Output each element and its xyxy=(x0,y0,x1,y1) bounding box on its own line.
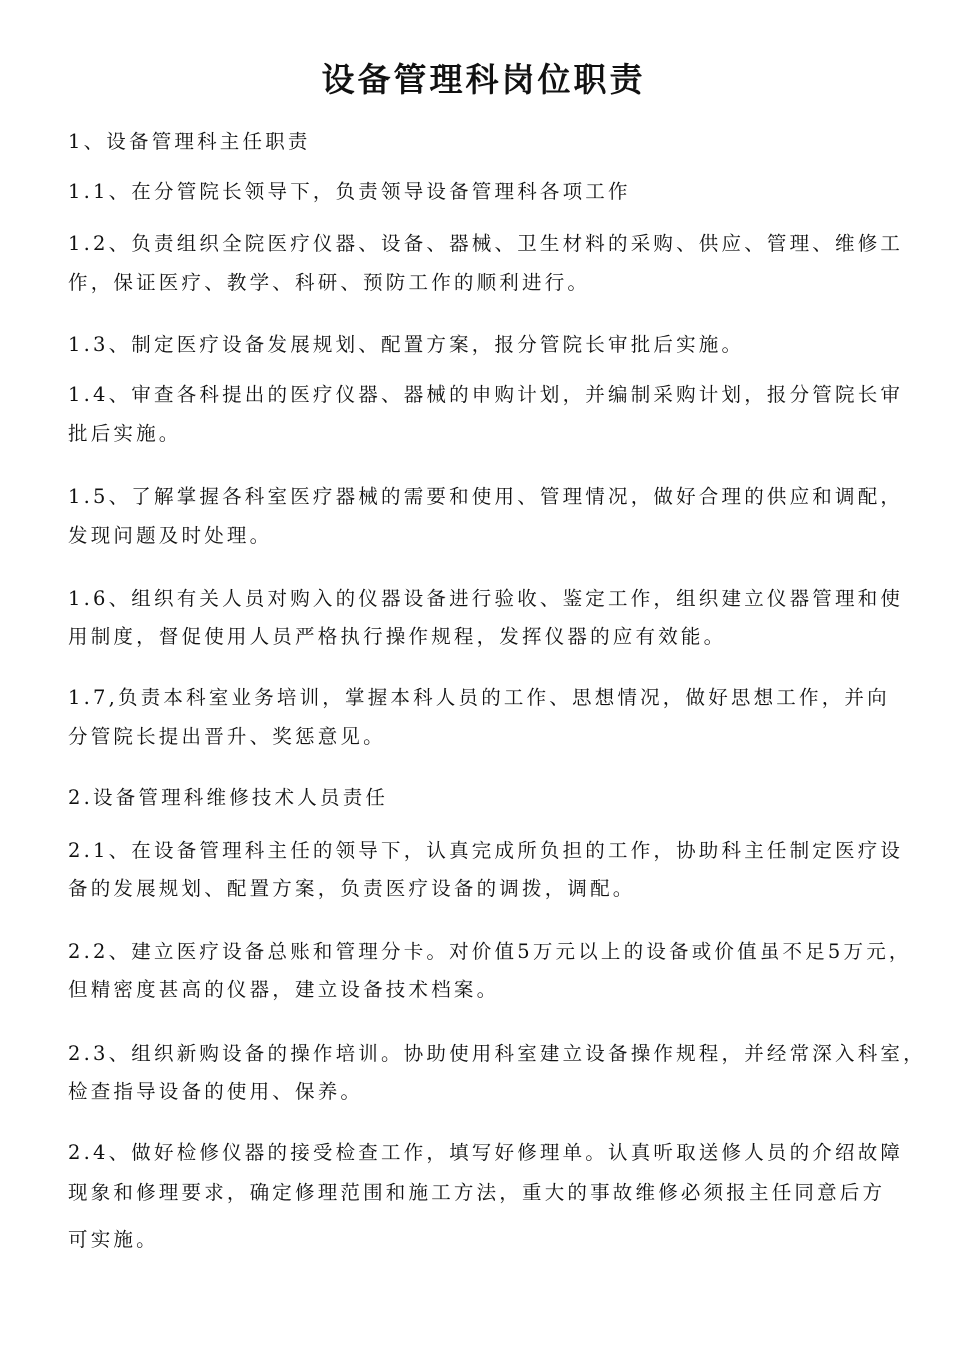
paragraph-line: 1.3、制定医疗设备发展规划、配置方案，报分管院长审批后实施。 xyxy=(68,331,908,359)
paragraph-line: 可实施。 xyxy=(68,1226,908,1254)
paragraph-line: 2.3、组织新购设备的操作培训。协助使用科室建立设备操作规程，并经常深入科室， xyxy=(68,1040,908,1068)
paragraph-line: 1.2、负责组织全院医疗仪器、设备、器械、卫生材料的采购、供应、管理、维修工 xyxy=(68,230,908,258)
page-title: 设备管理科岗位职责 xyxy=(0,56,967,104)
paragraph-line: 作，保证医疗、教学、科研、预防工作的顺利进行。 xyxy=(68,269,908,297)
paragraph-line: 2.2、建立医疗设备总账和管理分卡。对价值5万元以上的设备或价值虽不足5万元， xyxy=(68,938,908,966)
paragraph-line: 现象和修理要求，确定修理范围和施工方法，重大的事故维修必须报主任同意后方 xyxy=(68,1179,908,1207)
paragraph-line: 1.5、了解掌握各科室医疗器械的需要和使用、管理情况，做好合理的供应和调配， xyxy=(68,483,908,511)
section-2-heading: 2.设备管理科维修技术人员责任 xyxy=(68,784,908,812)
paragraph-line: 检查指导设备的使用、保养。 xyxy=(68,1078,908,1106)
paragraph-line: 但精密度甚高的仪器，建立设备技术档案。 xyxy=(68,976,908,1004)
paragraph-line: 批后实施。 xyxy=(68,420,908,448)
paragraph-line: 用制度，督促使用人员严格执行操作规程，发挥仪器的应有效能。 xyxy=(68,623,908,651)
paragraph-line: 1.1、在分管院长领导下，负责领导设备管理科各项工作 xyxy=(68,178,908,206)
paragraph-line: 1.7,负责本科室业务培训，掌握本科人员的工作、思想情况，做好思想工作，并向 xyxy=(68,684,908,712)
section-1-heading: 1、设备管理科主任职责 xyxy=(68,128,908,156)
paragraph-line: 备的发展规划、配置方案，负责医疗设备的调拨，调配。 xyxy=(68,875,908,903)
paragraph-line: 1.4、审查各科提出的医疗仪器、器械的申购计划，并编制采购计划，报分管院长审 xyxy=(68,381,908,409)
paragraph-line: 2.1、在设备管理科主任的领导下，认真完成所负担的工作，协助科主任制定医疗设 xyxy=(68,837,908,865)
paragraph-line: 分管院长提出晋升、奖惩意见。 xyxy=(68,723,908,751)
paragraph-line: 2.4、做好检修仪器的接受检查工作，填写好修理单。认真听取送修人员的介绍故障 xyxy=(68,1139,908,1167)
paragraph-line: 1.6、组织有关人员对购入的仪器设备进行验收、鉴定工作，组织建立仪器管理和使 xyxy=(68,585,908,613)
paragraph-line: 发现问题及时处理。 xyxy=(68,522,908,550)
document-page: 设备管理科岗位职责 1、设备管理科主任职责 1.1、在分管院长领导下，负责领导设… xyxy=(0,0,967,1365)
